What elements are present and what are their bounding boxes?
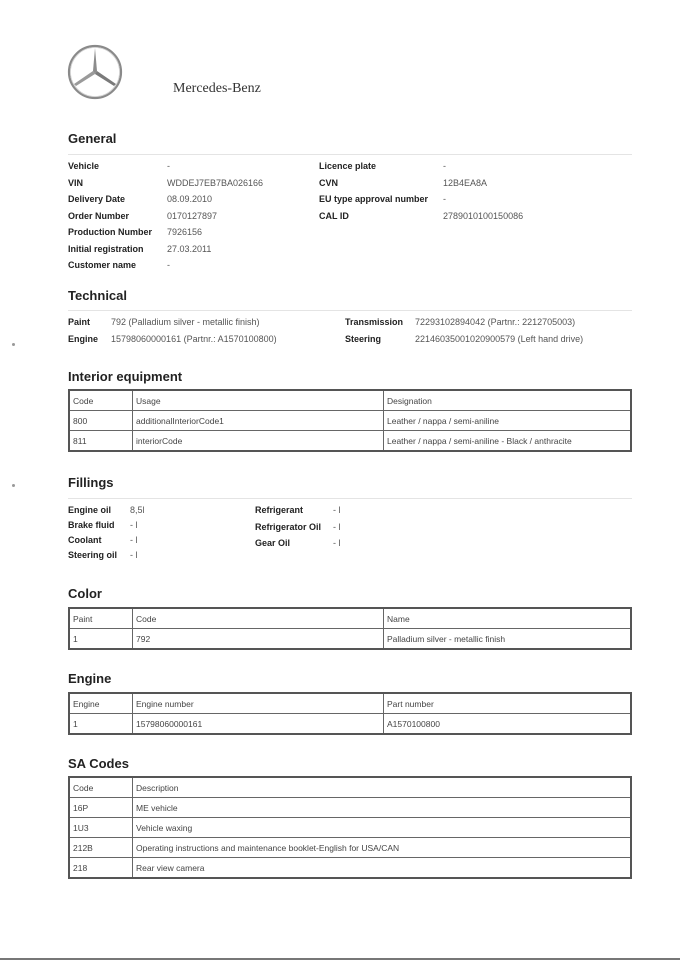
section-title-general: General — [68, 131, 116, 146]
field-value: 8,5l — [130, 505, 145, 515]
field-label: CAL ID — [319, 211, 349, 221]
field-label: CVN — [319, 178, 338, 188]
field-value: 0170127897 — [167, 211, 217, 221]
field-label: Engine — [68, 334, 98, 344]
section-title-fillings: Fillings — [68, 475, 114, 490]
table-cell: 811 — [69, 431, 133, 452]
table-cell: Operating instructions and maintenance b… — [133, 838, 632, 858]
field-value: 22146035001020900579 (Left hand drive) — [415, 334, 583, 344]
field-label: Initial registration — [68, 244, 144, 254]
field-label: Paint — [68, 317, 90, 327]
table-row: 16PME vehicle — [69, 798, 631, 818]
field-label: Brake fluid — [68, 520, 115, 530]
table-row: 811interiorCodeLeather / nappa / semi-an… — [69, 431, 631, 452]
table-header-row: CodeDescription — [69, 777, 631, 798]
field-label: Gear Oil — [255, 538, 290, 548]
field-value: 12B4EA8A — [443, 178, 487, 188]
section-divider — [68, 154, 632, 155]
margin-dot — [12, 343, 15, 346]
sa-codes-table: CodeDescription16PME vehicle1U3Vehicle w… — [68, 776, 632, 879]
field-label: Production Number — [68, 227, 152, 237]
field-label: Vehicle — [68, 161, 99, 171]
field-label: Coolant — [68, 535, 102, 545]
field-value: 15798060000161 (Partnr.: A1570100800) — [111, 334, 277, 344]
section-title-engine: Engine — [68, 671, 111, 686]
section-title-sa-codes: SA Codes — [68, 756, 129, 771]
column-header: Name — [384, 608, 632, 629]
field-label: Transmission — [345, 317, 403, 327]
table-cell: A1570100800 — [384, 714, 632, 735]
field-value: 792 (Palladium silver - metallic finish) — [111, 317, 260, 327]
table-cell: 1 — [69, 714, 133, 735]
table-cell: additionalInteriorCode1 — [133, 411, 384, 431]
table-cell: 792 — [133, 629, 384, 650]
brand-name: Mercedes-Benz — [173, 81, 261, 97]
table-cell: 1U3 — [69, 818, 133, 838]
field-label: Steering — [345, 334, 381, 344]
column-header: Code — [69, 777, 133, 798]
interior-table: CodeUsageDesignation800additionalInterio… — [68, 389, 632, 452]
column-header: Paint — [69, 608, 133, 629]
table-cell: 800 — [69, 411, 133, 431]
table-cell: 16P — [69, 798, 133, 818]
table-row: 212BOperating instructions and maintenan… — [69, 838, 631, 858]
field-label: Engine oil — [68, 505, 111, 515]
field-value: - l — [130, 520, 138, 530]
engine-table: EngineEngine numberPart number1157980600… — [68, 692, 632, 735]
table-row: 115798060000161A1570100800 — [69, 714, 631, 735]
section-divider — [68, 310, 632, 311]
section-title-color: Color — [68, 586, 102, 601]
table-cell: Vehicle waxing — [133, 818, 632, 838]
field-label: Licence plate — [319, 161, 376, 171]
table-row: 1792Palladium silver - metallic finish — [69, 629, 631, 650]
field-value: - — [443, 194, 446, 204]
column-header: Description — [133, 777, 632, 798]
field-value: WDDEJ7EB7BA026166 — [167, 178, 263, 188]
table-header-row: PaintCodeName — [69, 608, 631, 629]
table-cell: Palladium silver - metallic finish — [384, 629, 632, 650]
field-label: Order Number — [68, 211, 129, 221]
field-value: - — [167, 260, 170, 270]
table-cell: Leather / nappa / semi-aniline - Black /… — [384, 431, 632, 452]
three-pointed-star-icon — [67, 44, 123, 100]
column-header: Designation — [384, 390, 632, 411]
column-header: Code — [69, 390, 133, 411]
field-value: 7926156 — [167, 227, 202, 237]
table-row: 800additionalInteriorCode1Leather / napp… — [69, 411, 631, 431]
column-header: Code — [133, 608, 384, 629]
field-label: Delivery Date — [68, 194, 125, 204]
field-value: - l — [130, 550, 138, 560]
field-value: 72293102894042 (Partnr.: 2212705003) — [415, 317, 575, 327]
field-label: VIN — [68, 178, 83, 188]
field-value: - l — [333, 522, 341, 532]
column-header: Engine — [69, 693, 133, 714]
field-label: Refrigerant — [255, 505, 303, 515]
table-header-row: CodeUsageDesignation — [69, 390, 631, 411]
table-cell: interiorCode — [133, 431, 384, 452]
column-header: Usage — [133, 390, 384, 411]
table-header-row: EngineEngine numberPart number — [69, 693, 631, 714]
table-cell: 218 — [69, 858, 133, 879]
table-cell: 15798060000161 — [133, 714, 384, 735]
field-value: 2789010100150086 — [443, 211, 523, 221]
field-value: - l — [333, 505, 341, 515]
column-header: Part number — [384, 693, 632, 714]
field-value: - — [443, 161, 446, 171]
table-row: 1U3Vehicle waxing — [69, 818, 631, 838]
field-label: Steering oil — [68, 550, 117, 560]
table-cell: ME vehicle — [133, 798, 632, 818]
field-value: - — [167, 161, 170, 171]
table-cell: 212B — [69, 838, 133, 858]
section-title-technical: Technical — [68, 288, 127, 303]
table-row: 218Rear view camera — [69, 858, 631, 879]
field-label: Refrigerator Oil — [255, 522, 321, 532]
field-value: 27.03.2011 — [167, 244, 211, 254]
margin-dot — [12, 484, 15, 487]
field-value: 08.09.2010 — [167, 194, 212, 204]
table-cell: 1 — [69, 629, 133, 650]
section-title-interior: Interior equipment — [68, 369, 182, 384]
field-value: - l — [130, 535, 138, 545]
color-table: PaintCodeName1792Palladium silver - meta… — [68, 607, 632, 650]
field-label: Customer name — [68, 260, 136, 270]
table-cell: Leather / nappa / semi-aniline — [384, 411, 632, 431]
field-label: EU type approval number — [319, 194, 428, 204]
section-divider — [68, 498, 632, 499]
column-header: Engine number — [133, 693, 384, 714]
table-cell: Rear view camera — [133, 858, 632, 879]
field-value: - l — [333, 538, 341, 548]
